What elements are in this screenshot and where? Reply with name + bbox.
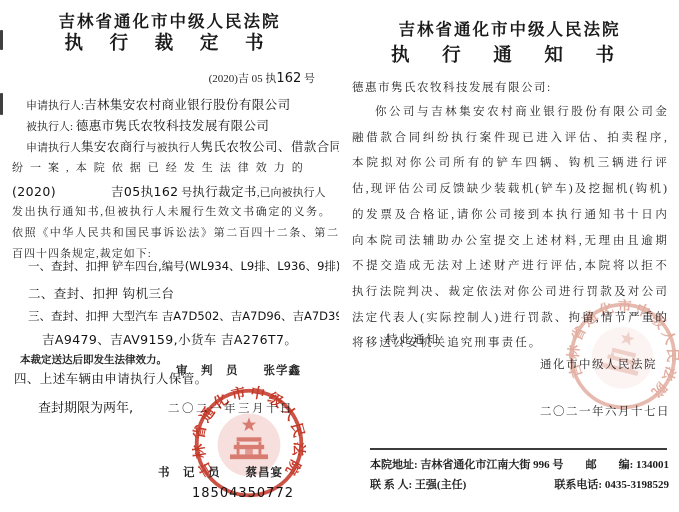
case-number: (2020)吉 05 执162 号 — [0, 70, 315, 86]
zip-value: 134001 — [636, 459, 669, 471]
contact-label: 联 系 人: — [370, 479, 412, 491]
body-line: 依照《中华人民共和国民事诉讼法》第二百四十二条、第二 — [12, 224, 339, 240]
ruling-item-3-handwritten: 三、查封、扣押 大型汽车 吉A7D502、吉A7D96、吉A7D393 — [28, 308, 339, 324]
phone-number-handwritten: 18504350772 — [192, 486, 294, 501]
reference-number-line: (2020)吉05执162 号执行裁定书,已向被执行人 — [12, 182, 326, 200]
applicant-name-handwritten: 吉林集安农村商业银行股份有限公司 — [84, 97, 290, 112]
ref-tail-printed: ,已向被执行人 — [257, 187, 326, 199]
applicant-line: 申请执行人:吉林集安农村商业银行股份有限公司 — [26, 95, 290, 113]
zip-label: 邮 编: — [586, 459, 634, 471]
phone-value: 0435-3198529 — [605, 479, 669, 491]
clerk-signature-line: 书 记 员 蔡昌宴 — [158, 464, 283, 480]
ruling-item-2-handwritten: 二、查封、扣押 钩机三台 — [28, 284, 174, 302]
ruling-item-1-handwritten: 一、查封、扣押 铲车四台,编号(WL934、L9排、L936、9排) — [28, 258, 339, 274]
ruling-item-4-handwritten: 四、上述车辆由申请执行人保管。 — [14, 369, 208, 387]
document-title: 执 行 通 知 书 — [340, 41, 679, 67]
case-number-suffix: 号 — [301, 73, 315, 85]
intro-handwritten-2: 隽氏农牧公司、借款合同纠 — [201, 139, 339, 154]
clerk-name: 蔡昌宴 — [246, 467, 284, 479]
case-intro-line: 申请执行人集安农商行与被执行人隽氏农牧公司、借款合同纠 — [26, 137, 339, 155]
case-number-handwritten: 162 — [276, 71, 301, 86]
notice-closing: 特此通知 — [386, 331, 440, 347]
ref-suffix-printed: 号 — [181, 187, 192, 199]
ref-number-handwritten: 吉05执162 — [111, 184, 179, 199]
address-label: 本院地址: — [370, 459, 418, 471]
intro-printed-1: 申请执行人 — [26, 142, 81, 154]
notice-document-page: 吉林省通化市中级人民法院 执 行 通 知 书 德惠市隽氏农牧科技发展有限公司: … — [340, 0, 679, 512]
ruling-document-page: 吉林省通化市中级人民法院 执 行 裁 定 书 (2020)吉 05 执162 号… — [0, 0, 339, 512]
contact-person: 联 系 人: 王强(主任) — [370, 476, 466, 492]
court-address: 本院地址: 吉林省通化市江南大街 996 号 — [370, 456, 563, 472]
addressee-line: 德惠市隽氏农牧科技发展有限公司: — [352, 79, 552, 95]
seizure-term-handwritten: 查封期限为两年, — [38, 397, 133, 416]
body-line-justified: 纷一案,本院依据已经发生法律效力的 — [12, 159, 310, 175]
respondent-name-handwritten: 德惠市隽氏农牧科技发展有限公司 — [76, 118, 270, 133]
footer-contact-row: 联 系 人: 王强(主任) 联系电话: 0435-3198529 — [370, 476, 669, 492]
footer-divider — [370, 448, 667, 450]
clerk-label: 书 记 员 — [158, 467, 221, 479]
case-number-printed: (2020)吉 05 执 — [209, 73, 277, 85]
ref-doctype-handwritten: 执行裁定书 — [192, 184, 257, 199]
phone-label: 联系电话: — [554, 479, 602, 491]
zip-code: 邮 编: 134001 — [586, 456, 669, 472]
ruling-item-3-continued-handwritten: 吉A9479、吉AV9159,小货车 吉A276T7。 — [42, 330, 297, 348]
scanned-court-documents: { "left": { "court": "吉林省通化市中级人民法院", "ti… — [0, 0, 679, 512]
respondent-label: 被执行人: — [26, 121, 73, 133]
judge-name: 张学鑫 — [264, 365, 302, 377]
ref-year-handwritten: (2020) — [12, 184, 56, 199]
effectiveness-clause: 本裁定送达后即发生法律效力。 — [20, 352, 167, 367]
document-title: 执 行 裁 定 书 — [0, 29, 339, 55]
scan-edge-artifact — [0, 93, 3, 115]
body-line: 发出执行通知书,但被执行人未履行生效文书确定的义务。 — [12, 203, 331, 219]
applicant-label: 申请执行人: — [26, 100, 84, 112]
contact-value: 王强(主任) — [415, 479, 466, 491]
court-name-heading: 吉林省通化市中级人民法院 — [340, 16, 679, 40]
intro-printed-2: 与被执行人 — [146, 142, 201, 154]
footer-address-row: 本院地址: 吉林省通化市江南大街 996 号 邮 编: 134001 — [370, 456, 669, 472]
respondent-line: 被执行人: 德惠市隽氏农牧科技发展有限公司 — [26, 116, 269, 134]
court-seal: 吉林省通化市中级人民法院 — [192, 386, 306, 500]
intro-handwritten-1: 集安农商行 — [81, 139, 146, 154]
contact-phone: 联系电话: 0435-3198529 — [554, 476, 669, 492]
address-value: 吉林省通化市江南大街 996 号 — [420, 459, 563, 471]
